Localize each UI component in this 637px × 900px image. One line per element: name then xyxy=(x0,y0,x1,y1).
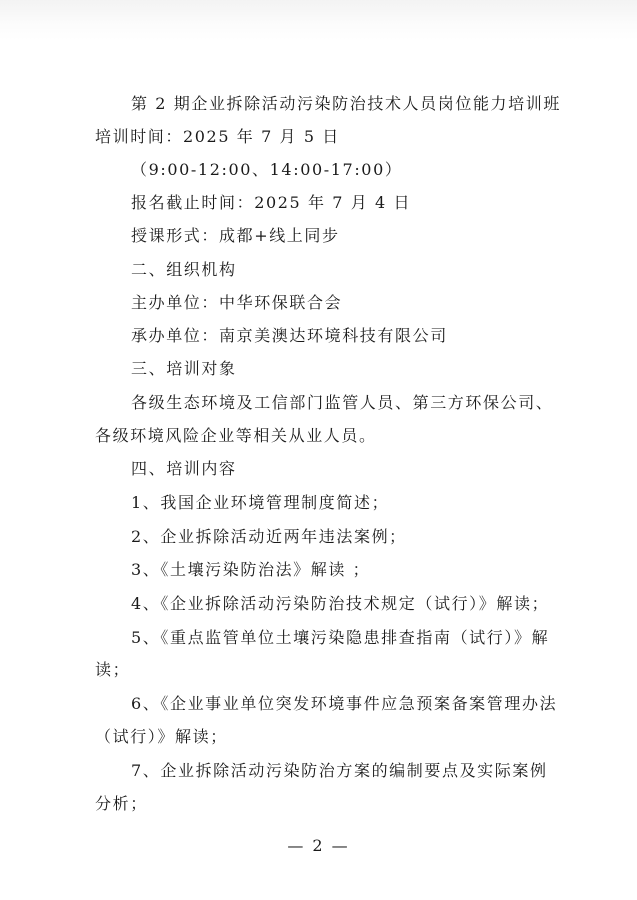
content-item-1: 1、我国企业环境管理制度简述； xyxy=(131,493,389,513)
content-item-7-line-2: 分析； xyxy=(95,794,148,814)
content-item-5-line-1: 5、《重点监管单位土壤污染隐患排查指南（试行）》解 xyxy=(131,628,549,648)
page-number: — 2 — xyxy=(0,836,637,855)
organizer-company: 承办单位：南京美澳达环境科技有限公司 xyxy=(131,326,448,346)
audience-text-line-2: 各级环境风险企业等相关从业人员。 xyxy=(95,426,377,446)
teaching-format: 授课形式：成都+线上同步 xyxy=(131,226,340,246)
registration-deadline: 报名截止时间：2025 年 7 月 4 日 xyxy=(131,193,411,213)
content-item-6-line-2: （试行）》解读； xyxy=(95,727,228,747)
training-class-title: 第 2 期企业拆除活动污染防治技术人员岗位能力培训班 xyxy=(131,94,561,114)
content-item-7-line-1: 7、企业拆除活动污染防治方案的编制要点及实际案例 xyxy=(131,761,548,781)
document-page: 第 2 期企业拆除活动污染防治技术人员岗位能力培训班 培训时间：2025 年 7… xyxy=(0,0,637,900)
section-heading-content: 四、培训内容 xyxy=(131,459,237,479)
content-item-3: 3、《土壤污染防治法》解读 ； xyxy=(131,560,370,580)
content-item-2: 2、企业拆除活动近两年违法案例； xyxy=(131,527,407,547)
content-item-4: 4、《企业拆除活动污染防治技术规定（试行）》解读； xyxy=(131,594,549,614)
content-item-5-line-2: 读； xyxy=(95,660,130,680)
host-organization: 主办单位：中华环保联合会 xyxy=(131,293,342,313)
training-hours: （9:00-12:00、14:00-17:00） xyxy=(131,160,402,180)
section-heading-audience: 三、培训对象 xyxy=(131,359,237,379)
content-item-6-line-1: 6、《企业事业单位突发环境事件应急预案备案管理办法 xyxy=(131,694,557,714)
section-heading-organization: 二、组织机构 xyxy=(131,260,237,280)
audience-text-line-1: 各级生态环境及工信部门监管人员、第三方环保公司、 xyxy=(131,393,553,413)
training-date: 培训时间：2025 年 7 月 5 日 xyxy=(95,127,340,147)
